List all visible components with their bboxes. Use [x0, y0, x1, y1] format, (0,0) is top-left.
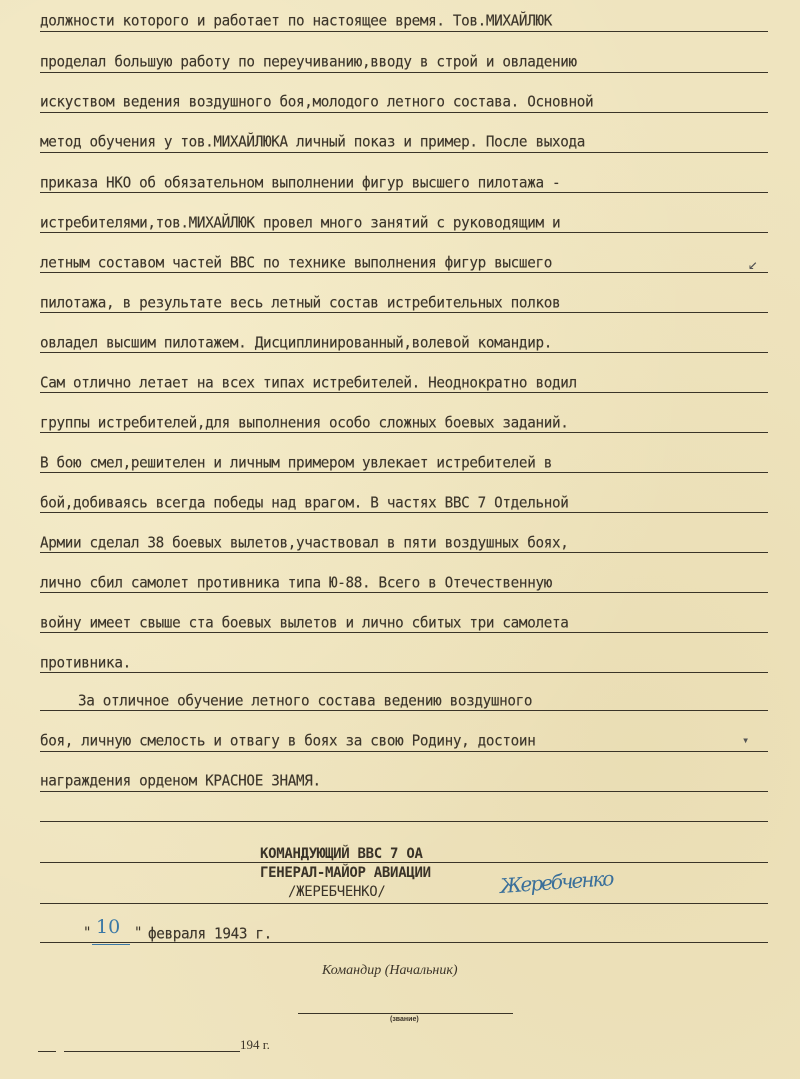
date-open-quote: "	[83, 925, 91, 941]
body-line: овладел высшим пилотажем. Дисциплинирова…	[40, 335, 552, 352]
signatory-name: /ЖЕРЕБЧЕНКО/	[288, 884, 386, 900]
body-line: бой,добиваясь всегда победы над врагом. …	[40, 495, 568, 512]
rule-line	[40, 31, 768, 32]
conclusion-line: За отличное обучение летного состава вед…	[78, 693, 532, 710]
rule-line	[40, 592, 768, 593]
rule-line	[40, 72, 768, 73]
date-day-underline	[92, 944, 130, 945]
rule-line	[40, 352, 768, 353]
body-line: Армии сделал 38 боевых вылетов,участвова…	[40, 535, 568, 552]
rule-line	[40, 862, 768, 863]
rule-line	[40, 392, 768, 393]
award-document-page: должности которого и работает по настоящ…	[0, 0, 800, 1079]
body-line: войну имеет свыше ста боевых вылетов и л…	[40, 615, 568, 632]
rule-line	[40, 152, 768, 153]
date-day: 10	[96, 916, 120, 938]
rule-line	[40, 112, 768, 113]
body-line: пилотажа, в результате весь летный соста…	[40, 295, 560, 312]
body-line: В бою смел,решителен и личным примером у…	[40, 455, 552, 472]
body-line: проделал большую работу по переучиванию,…	[40, 54, 577, 71]
rule-line	[40, 472, 768, 473]
conclusion-line: боя, личную смелость и отвагу в боях за …	[40, 733, 535, 750]
rank-line	[298, 1013, 513, 1014]
body-line: лично сбил самолет противника типа Ю-88.…	[40, 575, 552, 592]
margin-mark-icon: ↙	[748, 254, 758, 273]
body-line: должности которого и работает по настоящ…	[40, 13, 552, 30]
rule-line	[40, 552, 768, 553]
rule-line	[40, 632, 768, 633]
rule-line	[40, 903, 768, 904]
rule-line	[40, 272, 768, 273]
day-blank-line	[38, 1051, 56, 1052]
body-line: Сам отлично летает на всех типах истреби…	[40, 375, 577, 392]
commander-label: Командир (Начальник)	[322, 963, 458, 979]
margin-mark-icon: ▾	[742, 733, 749, 747]
body-line: метод обучения у тов.МИХАЙЛЮКА личный по…	[40, 134, 585, 151]
handwritten-signature: Жеребченко	[499, 866, 613, 898]
signatory-rank: ГЕНЕРАЛ-МАЙОР АВИАЦИИ	[260, 865, 431, 881]
body-line: группы истребителей,для выполнения особо…	[40, 415, 568, 432]
rule-line	[40, 751, 768, 752]
body-line: искуством ведения воздушного боя,молодог…	[40, 94, 593, 111]
rule-line	[40, 312, 768, 313]
body-line: приказа НКО об обязательном выполнении ф…	[40, 175, 560, 192]
conclusion-line: награждения орденом КРАСНОЕ ЗНАМЯ.	[40, 773, 321, 790]
signatory-position: КОМАНДУЮЩИЙ ВВС 7 ОА	[260, 846, 423, 862]
body-line: противника.	[40, 655, 131, 672]
body-line: истребителями,тов.МИХАЙЛЮК провел много …	[40, 215, 560, 232]
rule-line	[40, 192, 768, 193]
year-template: 194 г.	[240, 1037, 270, 1053]
month-blank-line	[64, 1051, 240, 1052]
rule-line	[40, 791, 768, 792]
rule-line	[40, 821, 768, 822]
date-month-year: февраля 1943 г.	[148, 926, 272, 943]
rank-caption: (звание)	[390, 1016, 419, 1023]
rule-line	[40, 710, 768, 711]
rule-line	[40, 512, 768, 513]
rule-line	[40, 232, 768, 233]
body-line: летным составом частей ВВС по технике вы…	[40, 255, 552, 272]
rule-line	[40, 432, 768, 433]
date-close-quote: "	[134, 925, 142, 941]
rule-line	[40, 672, 768, 673]
